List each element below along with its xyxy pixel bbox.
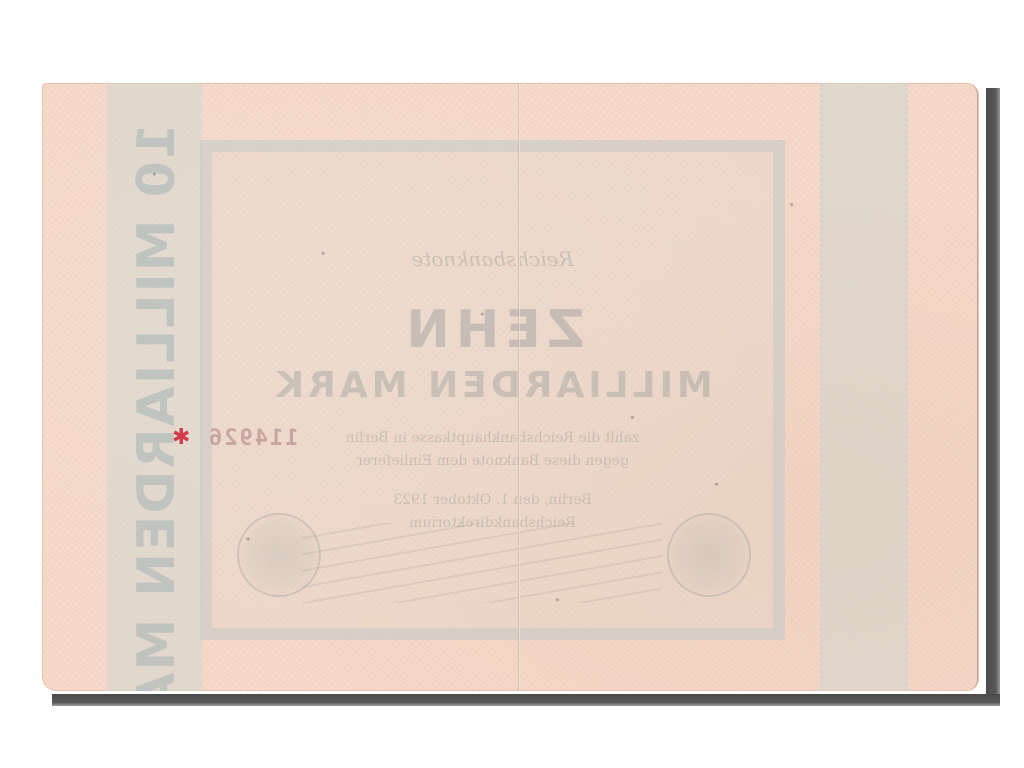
note-shadow-right (986, 88, 1000, 706)
note-shadow-bottom (52, 694, 1000, 706)
banknote: 10 MILLIARDEN MARK Reichsbanknote ZEHN M… (42, 83, 979, 691)
ink-specks (42, 83, 979, 691)
